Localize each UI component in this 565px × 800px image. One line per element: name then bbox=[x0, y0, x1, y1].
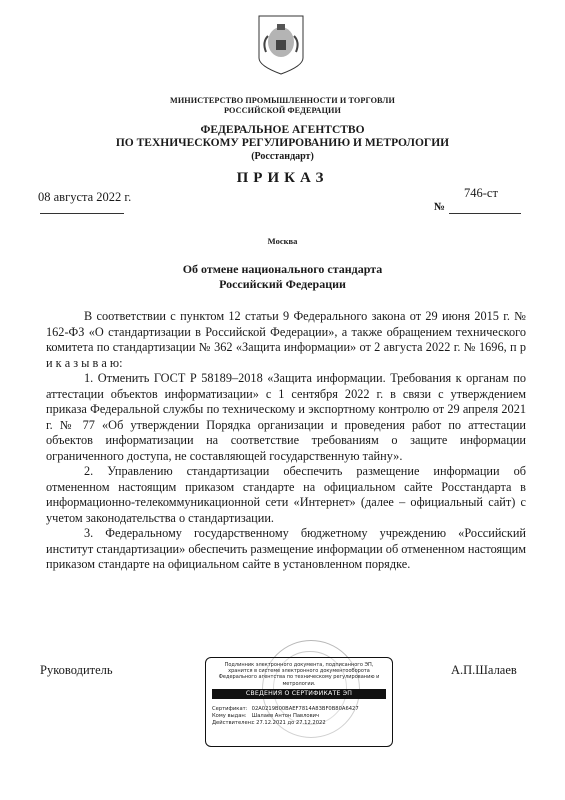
order-number: 746-ст bbox=[464, 186, 498, 201]
valid-label: Действителен: bbox=[212, 720, 250, 727]
paragraph-preamble: В соответствии с пунктом 12 статьи 9 Фед… bbox=[46, 309, 526, 371]
electronic-signature-block: Подлинник электронного документа, подпис… bbox=[205, 657, 393, 747]
signer-position: Руководитель bbox=[40, 663, 113, 678]
paragraph-item-3: 3. Федеральному государственному бюджетн… bbox=[46, 526, 526, 573]
ministry-name: МИНИСТЕРСТВО ПРОМЫШЛЕННОСТИ И ТОРГОВЛИ Р… bbox=[0, 96, 565, 116]
agency-short-name: (Росстандарт) bbox=[0, 150, 565, 163]
number-underline bbox=[449, 213, 521, 214]
ministry-line1: МИНИСТЕРСТВО ПРОМЫШЛЕННОСТИ И ТОРГОВЛИ bbox=[0, 96, 565, 106]
certificate-value: 02A0219B00BAEF7814A83BF0B80A6427 bbox=[252, 706, 359, 712]
document-type-heading: ПРИКАЗ bbox=[0, 170, 565, 187]
esig-valid-row: Действителен: с 27.12.2021 до 27.12.2022 bbox=[212, 720, 359, 727]
esig-certificate-row: Сертификат: 02A0219B00BAEF7814A83BF0B80A… bbox=[212, 706, 359, 713]
date-underline bbox=[40, 213, 124, 214]
order-body: В соответствии с пунктом 12 статьи 9 Фед… bbox=[46, 309, 526, 573]
ministry-line2: РОССИЙСКОЙ ФЕДЕРАЦИИ bbox=[0, 106, 565, 116]
issued-to-label: Кому выдан: bbox=[212, 713, 250, 720]
paragraph-item-2: 2. Управлению стандартизации обеспечить … bbox=[46, 464, 526, 526]
title-line2: Российский Федерации bbox=[0, 277, 565, 292]
order-date: 08 августа 2022 г. bbox=[38, 190, 131, 205]
issued-to-value: Шалаев Антон Павлович bbox=[252, 713, 319, 719]
valid-value: с 27.12.2021 до 27.12.2022 bbox=[252, 720, 326, 726]
esig-certificate-heading: СВЕДЕНИЯ О СЕРТИФИКАТЕ ЭП bbox=[212, 689, 386, 699]
esig-details: Сертификат: 02A0219B00BAEF7814A83BF0B80A… bbox=[212, 706, 359, 727]
esig-issued-to-row: Кому выдан: Шалаев Антон Павлович bbox=[212, 713, 359, 720]
signer-name: А.П.Шалаев bbox=[451, 663, 517, 678]
order-title: Об отмене национального стандарта Россий… bbox=[0, 262, 565, 292]
agency-name: ФЕДЕРАЛЬНОЕ АГЕНТСТВО ПО ТЕХНИЧЕСКОМУ РЕ… bbox=[0, 124, 565, 163]
city: Москва bbox=[0, 236, 565, 246]
coat-of-arms-icon bbox=[256, 14, 306, 76]
title-line1: Об отмене национального стандарта bbox=[0, 262, 565, 277]
number-sign: № bbox=[434, 201, 445, 213]
esig-note: Подлинник электронного документа, подпис… bbox=[212, 662, 386, 687]
agency-line2: ПО ТЕХНИЧЕСКОМУ РЕГУЛИРОВАНИЮ И МЕТРОЛОГ… bbox=[0, 137, 565, 150]
agency-line1: ФЕДЕРАЛЬНОЕ АГЕНТСТВО bbox=[0, 124, 565, 137]
paragraph-item-1: 1. Отменить ГОСТ Р 58189–2018 «Защита ин… bbox=[46, 371, 526, 464]
certificate-label: Сертификат: bbox=[212, 706, 250, 713]
